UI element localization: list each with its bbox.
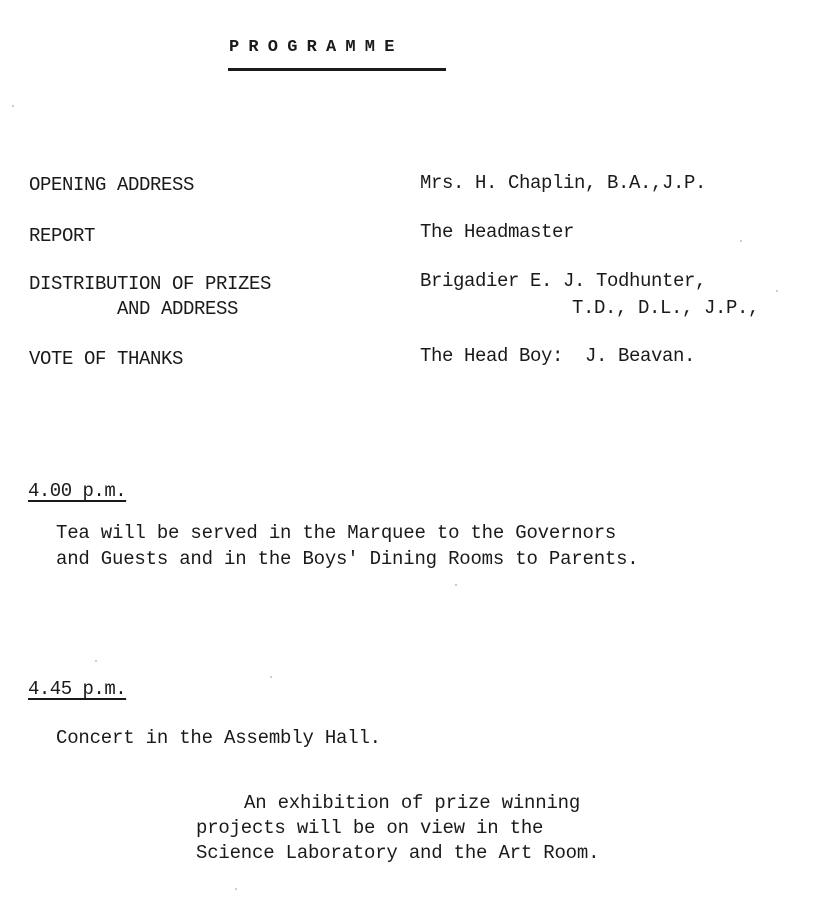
schedule-text-line: and Guests and in the Boys' Dining Rooms… bbox=[56, 546, 639, 572]
schedule-time: 4.00 p.m. bbox=[28, 480, 126, 502]
item-speaker: Brigadier E. J. Todhunter, bbox=[420, 270, 706, 292]
item-label: OPENING ADDRESS bbox=[29, 174, 194, 196]
scan-speck bbox=[740, 240, 742, 242]
item-label: VOTE OF THANKS bbox=[29, 348, 183, 370]
item-speaker: The Headmaster bbox=[420, 221, 574, 243]
note-line: projects will be on view in the bbox=[196, 815, 543, 841]
page-title: PROGRAMME bbox=[229, 38, 404, 57]
schedule-text-line: Tea will be served in the Marquee to the… bbox=[56, 520, 616, 546]
scan-speck bbox=[270, 676, 272, 678]
schedule-time: 4.45 p.m. bbox=[28, 678, 126, 700]
item-label: DISTRIBUTION OF PRIZES bbox=[29, 273, 271, 295]
scan-speck bbox=[95, 660, 97, 662]
scan-speck bbox=[455, 584, 457, 586]
note-line: Science Laboratory and the Art Room. bbox=[196, 840, 599, 866]
item-label: REPORT bbox=[29, 225, 95, 247]
item-speaker-line2: T.D., D.L., J.P., bbox=[572, 297, 759, 319]
title-underline bbox=[228, 68, 446, 71]
note-line: An exhibition of prize winning bbox=[244, 790, 580, 816]
item-speaker: The Head Boy: J. Beavan. bbox=[420, 345, 695, 367]
schedule-text-line: Concert in the Assembly Hall. bbox=[56, 725, 381, 751]
scan-speck bbox=[776, 290, 778, 292]
scan-speck bbox=[12, 105, 14, 107]
item-speaker: Mrs. H. Chaplin, B.A.,J.P. bbox=[420, 172, 706, 194]
item-label-line2: AND ADDRESS bbox=[117, 298, 238, 320]
scan-speck bbox=[235, 888, 237, 890]
